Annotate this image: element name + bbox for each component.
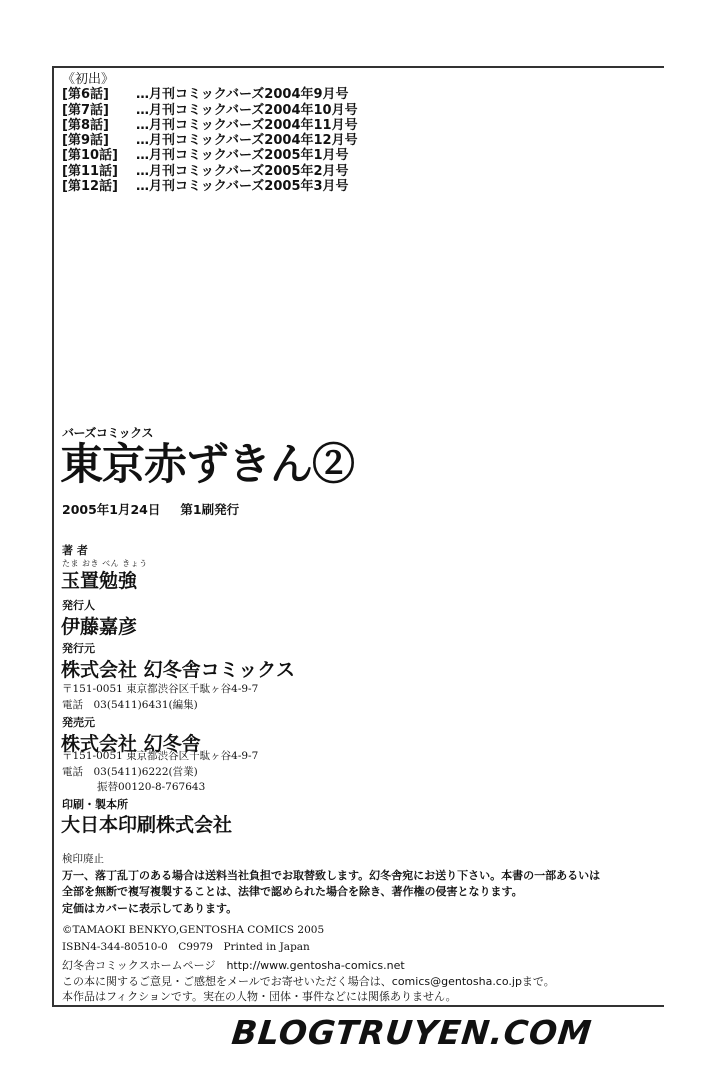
feedback-line: この本に関するご意見・ご感想をメールでお寄せいただく場合は、comics@gen… xyxy=(62,974,555,990)
disclaimer-line: 本作品はフィクションです。実在の人物・団体・事件などには関係ありません。 xyxy=(62,989,555,1005)
publisher-phone: 電話 03(5411)6431(編集) xyxy=(62,697,198,712)
author-label: 著 者 xyxy=(62,542,88,558)
distributor-phone: 電話 03(5411)6222(営業) xyxy=(62,764,198,779)
list-item: [第7話]…月刊コミックバーズ2004年10月号 xyxy=(62,103,358,118)
note-line: 定価はカバーに表示してあります。 xyxy=(62,901,600,918)
distributor-label: 発売元 xyxy=(62,714,95,730)
list-item: [第8話]…月刊コミックバーズ2004年11月号 xyxy=(62,118,358,133)
copyright: ©TAMAOKI BENKYO,GENTOSHA COMICS 2005 xyxy=(62,922,600,939)
watermark: BLOGTRUYEN.COM xyxy=(230,1013,594,1052)
publisher-person-label: 発行人 xyxy=(62,597,95,613)
list-item: [第6話]…月刊コミックバーズ2004年9月号 xyxy=(62,87,358,102)
series-label: バーズコミックス xyxy=(62,424,153,441)
first-publication-list: 《初出》 [第6話]…月刊コミックバーズ2004年9月号 [第7話]…月刊コミッ… xyxy=(62,72,358,194)
book-title: 東京赤ずきん② xyxy=(60,441,354,489)
homepage-label: 幻冬舎コミックスホームページ xyxy=(62,959,215,972)
note-line: 全部を無断で複写複製することは、法律で認められた場合を除き、著作権の侵害となりま… xyxy=(62,884,600,901)
publisher-label: 発行元 xyxy=(62,640,95,656)
edition: 第1刷発行 xyxy=(180,502,239,517)
list-item: [第12話]…月刊コミックバーズ2005年3月号 xyxy=(62,179,358,194)
first-publication-heading: 《初出》 xyxy=(62,72,358,87)
homepage-url: http://www.gentosha-comics.net xyxy=(226,959,404,972)
distributor-transfer: 振替00120-8-767643 xyxy=(97,779,205,794)
author-name: 玉置勉強 xyxy=(61,566,137,593)
publisher-address: 〒151-0051 東京都渋谷区千駄ヶ谷4-9-7 xyxy=(62,681,258,696)
distributor-address: 〒151-0051 東京都渋谷区千駄ヶ谷4-9-7 xyxy=(62,748,258,763)
publisher-name: 株式会社 幻冬舎コミックス xyxy=(61,655,295,682)
publisher-person: 伊藤嘉彦 xyxy=(61,612,137,639)
legal-notes: 検印廃止 万一、落丁乱丁のある場合は送料当社負担でお取替致します。幻冬舎宛にお送… xyxy=(62,851,600,955)
list-item: [第10話]…月刊コミックバーズ2005年1月号 xyxy=(62,148,358,163)
isbn: ISBN4-344-80510-0 C9979 Printed in Japan xyxy=(62,939,600,956)
homepage-line: 幻冬舎コミックスホームページ http://www.gentosha-comic… xyxy=(62,958,555,974)
list-item: [第9話]…月刊コミックバーズ2004年12月号 xyxy=(62,133,358,148)
printer-name: 大日本印刷株式会社 xyxy=(61,810,232,837)
seal-abolished: 検印廃止 xyxy=(62,851,600,868)
note-line: 万一、落丁乱丁のある場合は送料当社負担でお取替致します。幻冬舎宛にお送り下さい。… xyxy=(62,868,600,885)
publication-date: 2005年1月24日第1刷発行 xyxy=(62,500,239,518)
date: 2005年1月24日 xyxy=(62,502,160,517)
web-info: 幻冬舎コミックスホームページ http://www.gentosha-comic… xyxy=(62,958,555,1005)
list-item: [第11話]…月刊コミックバーズ2005年2月号 xyxy=(62,164,358,179)
